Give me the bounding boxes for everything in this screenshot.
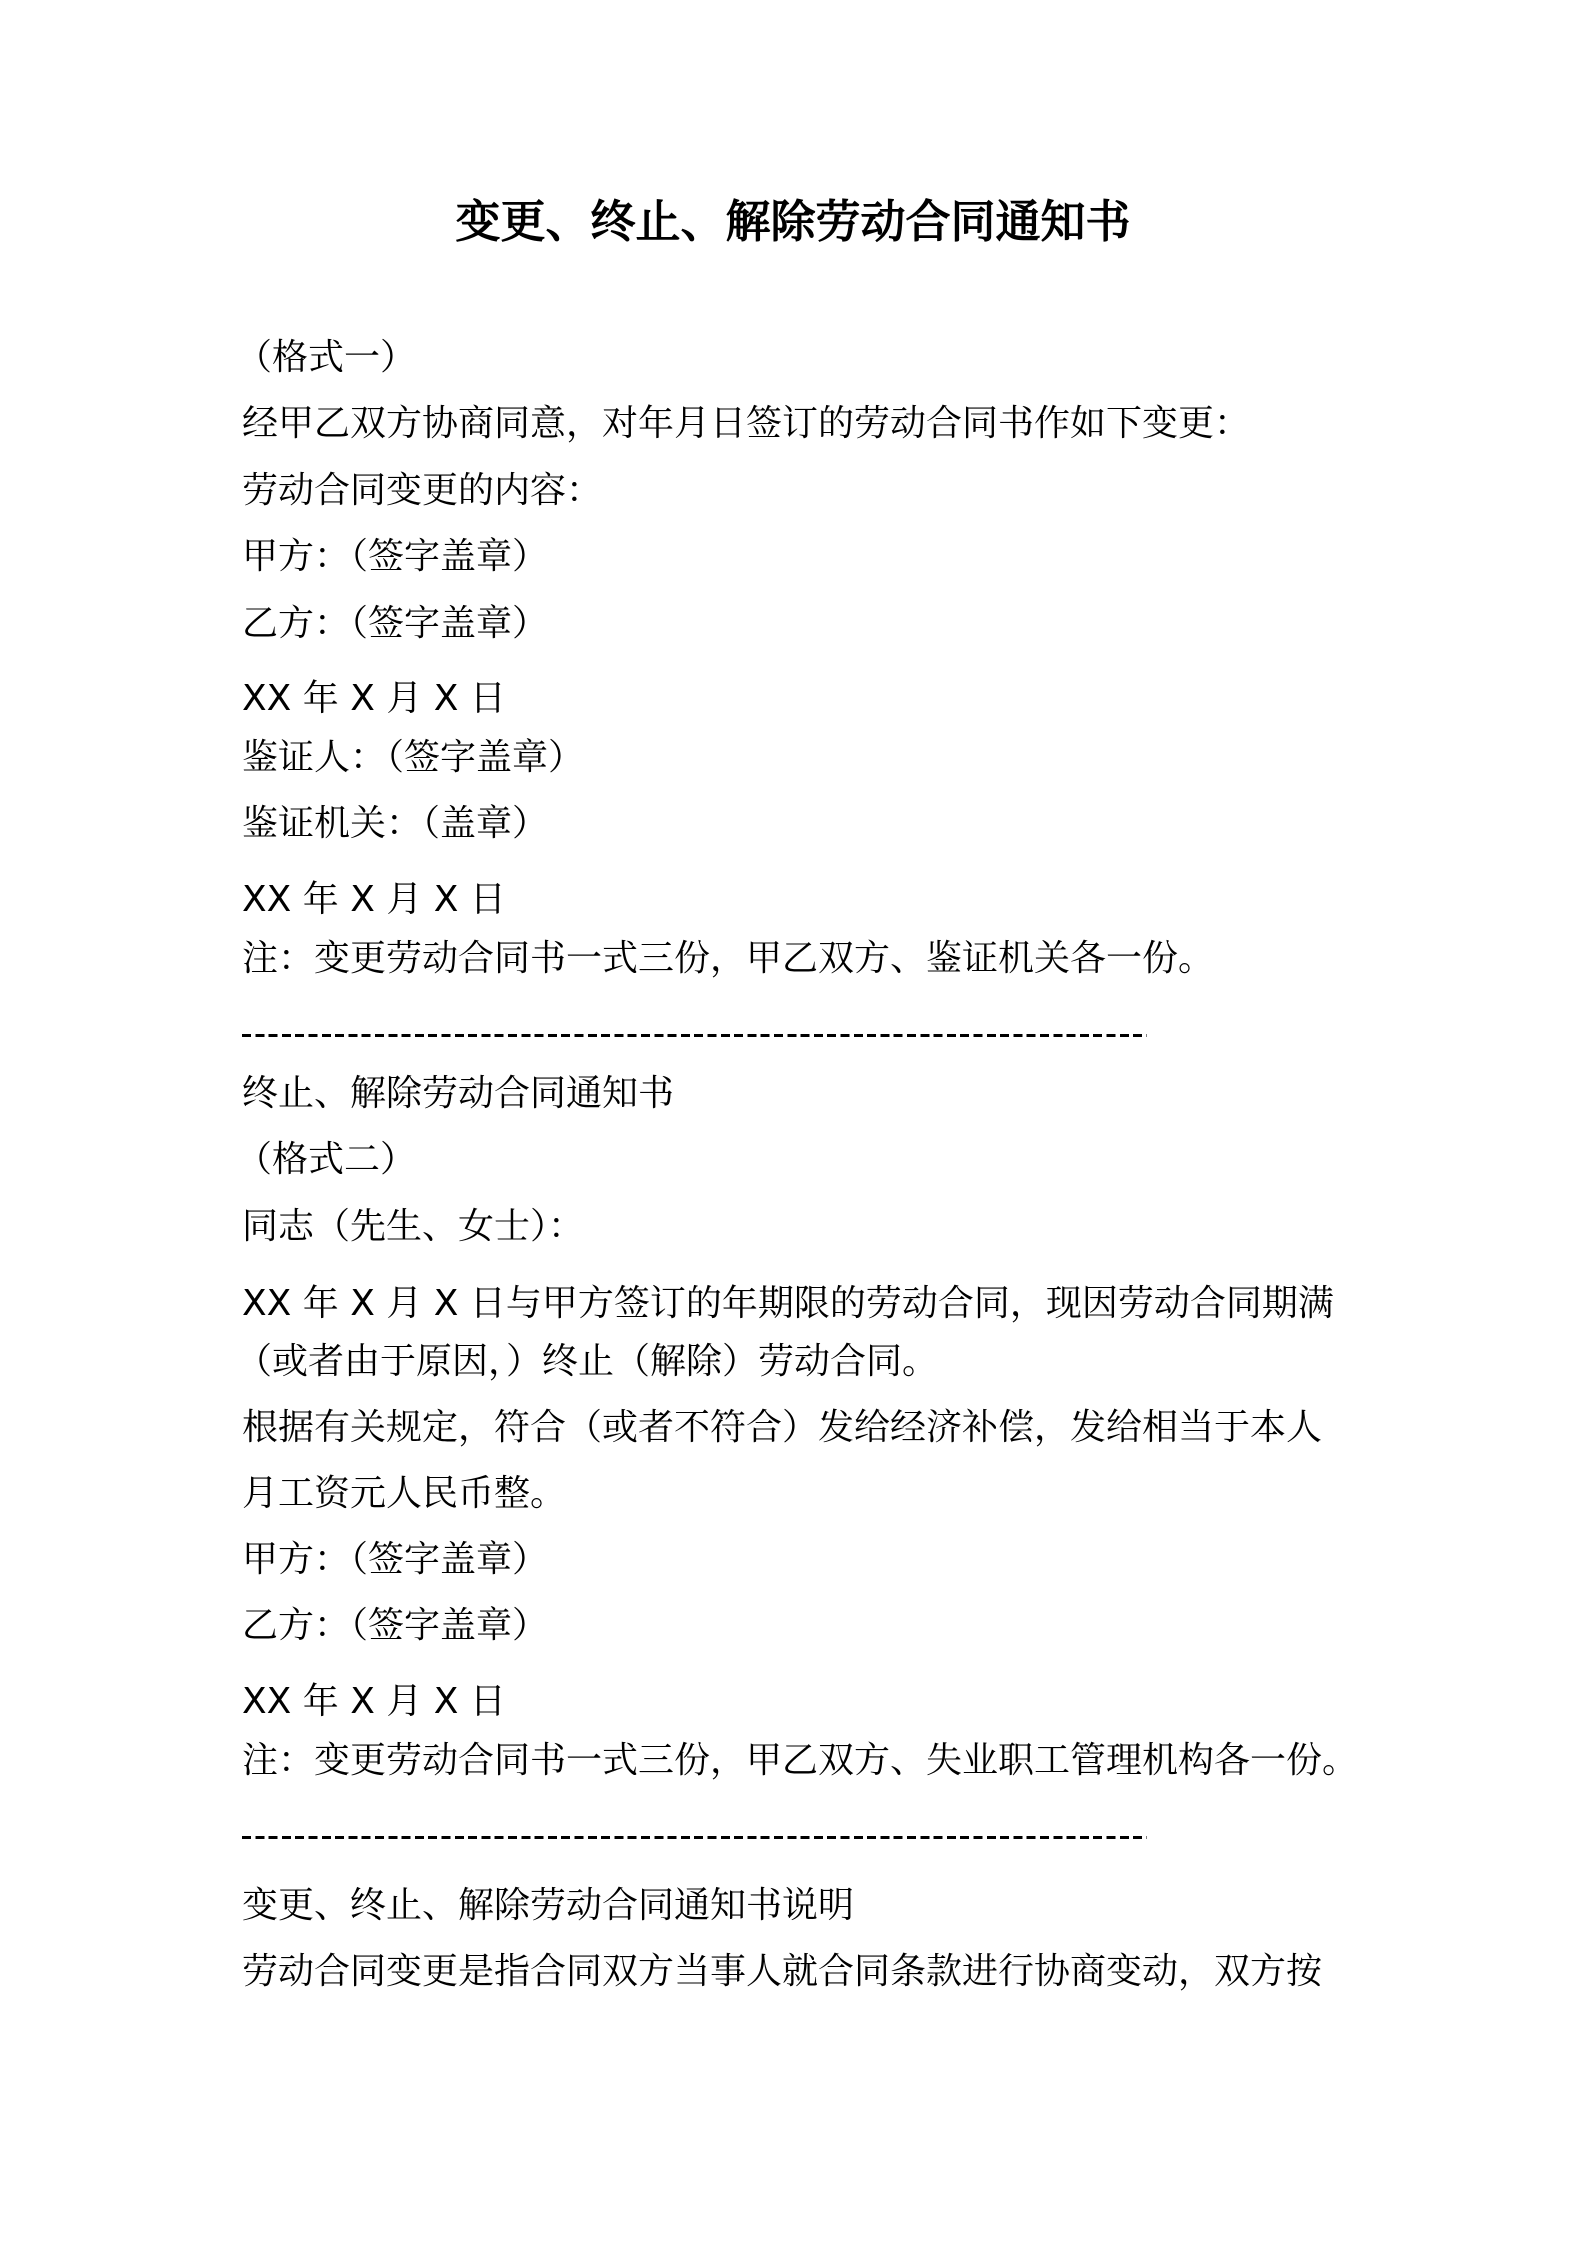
format1-date2: XX 年 X 月 X 日	[242, 876, 506, 924]
format2-heading: 终止、解除劳动合同通知书	[242, 1070, 674, 1118]
format2-note: 注：变更劳动合同书一式三份，甲乙双方、失业职工管理机构各一份。	[242, 1737, 1358, 1785]
format1-intro: 经甲乙双方协商同意，对年月日签订的劳动合同书作如下变更：	[242, 400, 1250, 448]
explanation-body-line1: 劳动合同变更是指合同双方当事人就合同条款进行协商变动，双方按	[242, 1948, 1322, 1996]
format1-label: （格式一）	[236, 334, 416, 382]
format2-body-line1: XX 年 X 月 X 日与甲方签订的年期限的劳动合同，现因劳动合同期满	[242, 1280, 1334, 1328]
format1-party-b: 乙方：（签字盖章）	[242, 600, 548, 648]
document-page: 变更、终止、解除劳动合同通知书 （格式一） 经甲乙双方协商同意，对年月日签订的劳…	[0, 0, 1586, 2244]
document-title: 变更、终止、解除劳动合同通知书	[0, 192, 1586, 252]
format1-date1: XX 年 X 月 X 日	[242, 675, 506, 723]
format1-note: 注：变更劳动合同书一式三份，甲乙双方、鉴证机关各一份。	[242, 935, 1214, 983]
format1-witness: 鉴证人：（签字盖章）	[242, 734, 584, 782]
format2-party-b: 乙方：（签字盖章）	[242, 1602, 548, 1650]
format1-witness-org: 鉴证机关：（盖章）	[242, 800, 548, 848]
format2-body-line3: 根据有关规定，符合（或者不符合）发给经济补偿，发给相当于本人	[242, 1404, 1322, 1452]
format2-salutation: 同志（先生、女士）：	[242, 1203, 584, 1251]
dashed-separator-1	[242, 1034, 1147, 1037]
format2-date: XX 年 X 月 X 日	[242, 1678, 506, 1726]
format1-content-label: 劳动合同变更的内容：	[242, 467, 602, 515]
explanation-heading: 变更、终止、解除劳动合同通知书说明	[242, 1882, 854, 1930]
format2-party-a: 甲方：（签字盖章）	[242, 1536, 548, 1584]
format2-body-line2: （或者由于原因，）终止（解除）劳动合同。	[236, 1338, 938, 1386]
dashed-separator-2	[242, 1836, 1147, 1839]
format1-party-a: 甲方：（签字盖章）	[242, 533, 548, 581]
format2-label: （格式二）	[236, 1136, 416, 1184]
format2-body-line4: 月工资元人民币整。	[242, 1470, 566, 1518]
